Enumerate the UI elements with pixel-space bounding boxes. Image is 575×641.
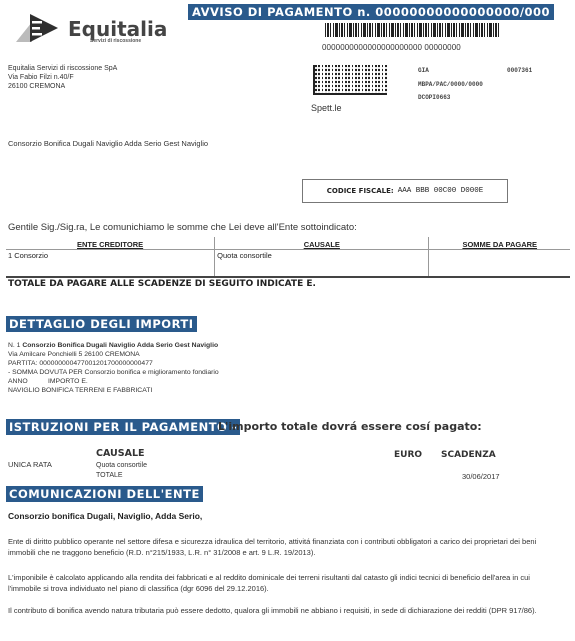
code-gia: GIA xyxy=(418,67,429,74)
dettaglio-title: DETTAGLIO DEGLI IMPORTI xyxy=(6,316,197,332)
istruzioni-subtitle: L'importo totale dovrá essere cosí pagat… xyxy=(218,420,482,433)
total-label: TOTALE DA PAGARE ALLE SCADENZE DI SEGUIT… xyxy=(6,277,570,304)
barcode xyxy=(325,23,499,37)
code-gia-value: 0007361 xyxy=(507,67,532,74)
anno-label: ANNO xyxy=(8,377,48,386)
barcode-number: 0000000000000000000000 00000000 xyxy=(322,43,461,52)
comunicazioni-paragraph: Il contributo di bonifica avendo natura … xyxy=(8,605,568,616)
entity-prefix: N. 1 xyxy=(8,342,20,349)
scadenza-header: SCADENZA xyxy=(441,450,496,460)
dettaglio-line: PARTITA: 000000000477001201700000000477 xyxy=(8,359,219,368)
codice-fiscale-box: CODICE FISCALE: AAA BBB 00C00 D000E xyxy=(302,179,508,203)
logo-tagline: Servizi di riscossione xyxy=(90,38,141,44)
dettaglio-line: - SOMMA DOVUTA PER Consorzio bonifica e … xyxy=(8,368,219,377)
notice-title: AVVISO DI PAGAMENTO n. 00000000000000000… xyxy=(188,4,554,20)
code-ref2: DCOPI0663 xyxy=(418,94,450,101)
causale-line: Quota consortile xyxy=(96,462,147,469)
recipient-label: Spett.le xyxy=(311,103,342,113)
dettaglio-line: Via Amilcare Ponchielli 5 26100 CREMONA xyxy=(8,350,219,359)
sender-line: Via Fabio Filzi n.40/F xyxy=(8,73,117,82)
equitalia-logo: Equitalia Servizi di riscossione xyxy=(12,12,142,44)
column-header-ente: ENTE CREDITORE xyxy=(6,237,215,250)
dettaglio-body: N. 1 Consorzio Bonifica Dugali Naviglio … xyxy=(8,341,219,395)
code-ref1: MBPA/PAC/0000/0000 xyxy=(418,81,483,88)
cell-somme xyxy=(429,250,570,278)
codice-fiscale-label: CODICE FISCALE: xyxy=(327,187,394,195)
column-header-causale: CAUSALE xyxy=(215,237,429,250)
intro-text: Gentile Sig./Sig.ra, Le comunichiamo le … xyxy=(8,222,357,233)
scadenza-date: 30/06/2017 xyxy=(462,472,500,481)
cell-causale: Quota consortile xyxy=(215,250,429,278)
sender-line: Equitalia Servizi di riscossione SpA xyxy=(8,64,117,73)
table-row: 1 Consorzio Quota consortile xyxy=(6,250,570,278)
istruzioni-title: ISTRUZIONI PER IL PAGAMENTO - xyxy=(6,419,240,435)
unica-rata-label: UNICA RATA xyxy=(8,460,52,469)
equitalia-triangle-logo-icon xyxy=(12,12,62,44)
comunicazioni-heading: Consorzio bonifica Dugali, Naviglio, Add… xyxy=(8,511,202,521)
comunicazioni-title: COMUNICAZIONI DELL'ENTE xyxy=(6,486,203,502)
cell-ente: 1 Consorzio xyxy=(6,250,215,278)
causale-line: TOTALE xyxy=(96,472,123,479)
recipient-name: Consorzio Bonifica Dugali Naviglio Adda … xyxy=(8,139,208,148)
sender-address: Equitalia Servizi di riscossione SpA Via… xyxy=(8,64,117,91)
codice-fiscale-value: AAA BBB 00C00 D000E xyxy=(398,187,484,195)
summary-table: ENTE CREDITORE CAUSALE SOMME DA PAGARE 1… xyxy=(6,237,570,304)
comunicazioni-paragraph: L'imponibile è calcolato applicando alla… xyxy=(8,572,560,594)
column-header-somme: SOMME DA PAGARE xyxy=(429,237,570,250)
dettaglio-entity-line: N. 1 Consorzio Bonifica Dugali Naviglio … xyxy=(8,341,219,350)
sender-line: 26100 CREMONA xyxy=(8,82,117,91)
entity-name: Consorzio Bonifica Dugali Naviglio Adda … xyxy=(22,342,218,349)
dettaglio-line: NAVIGLIO BONIFICA TERRENI E FABBRICATI xyxy=(8,386,219,395)
comunicazioni-paragraph: Ente di diritto pubblico operante nel se… xyxy=(8,536,560,558)
datamatrix-code xyxy=(313,65,387,95)
importo-label: IMPORTO E. xyxy=(48,378,88,385)
causale-header: CAUSALE xyxy=(96,448,144,459)
dettaglio-anno-line: ANNOIMPORTO E. xyxy=(8,377,219,386)
euro-header: EURO xyxy=(394,450,422,460)
